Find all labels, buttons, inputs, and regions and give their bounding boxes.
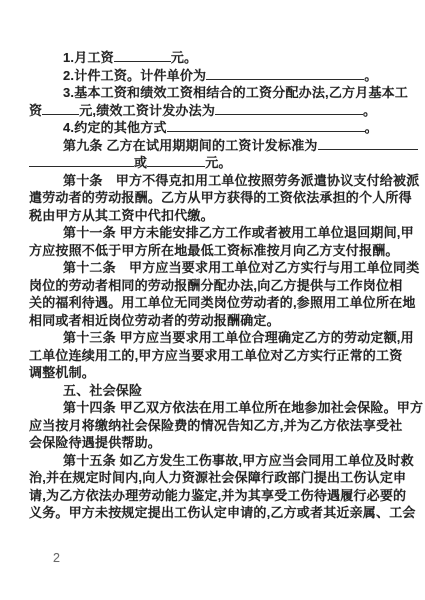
text-run: 方应按照不低于甲方所在地最低工资标准按月向乙方支付报酬。 [29,243,399,258]
text-run: 应当按月将缴纳社会保险费的情况告知乙方,并为乙方依法享受社 [29,418,402,433]
document-line: 2.计件工资。计件单价为。 [29,67,408,85]
document-line: 第十条 甲方不得克扣用工单位按照劳务派遣协议支付给被派 [29,172,408,190]
document-line: 义务。甲方未按规定提出工伤认定申请的,乙方或者其近亲属、工会 [29,504,408,522]
document-line: 工单位连续用工的,甲方应当要求用工单位对乙方实行正常的工资 [29,347,408,365]
document-line: 第十四条 甲乙双方依法在用工单位所在地参加社会保险。甲方 [29,399,408,417]
document-line: 治,并在规定时间内,向人力资源社会保障行政部门提出工伤认定申 [29,469,408,487]
fill-in-blank-underline [147,154,205,167]
document-line: 请,为乙方依法办理劳动能力鉴定,并为其享受工伤待遇履行必要的 [29,487,408,505]
document-line: 或元。 [29,154,408,172]
text-run: 五、社会保险 [63,383,142,398]
text-run: 。 [363,103,376,118]
fill-in-blank-underline [167,119,365,132]
document-line: 第九条 乙方在试用期期间的工资计发标准为 [29,137,408,155]
text-run: 元。 [171,50,197,65]
text-run: 工单位连续用工的,甲方应当要求用工单位对乙方实行正常的工资 [29,348,402,363]
document-line: 岗位的劳动者相同的劳动报酬分配办法,向乙方提供与工作岗位相 [29,277,408,295]
document-line: 应当按月将缴纳社会保险费的情况告知乙方,并为乙方依法享受社 [29,417,408,435]
document-line: 1.月工资元。 [29,49,408,67]
text-run: 义务。甲方未按规定提出工伤认定申请的,乙方或者其近亲属、工会 [29,505,416,520]
text-run: 会保险待遇提供帮助。 [29,435,161,450]
text-run: 2.计件工资。计件单价为 [63,68,206,83]
fill-in-blank-underline [42,102,79,115]
text-run: 治,并在规定时间内,向人力资源社会保障行政部门提出工伤认定申 [29,470,406,485]
text-run: 1.月工资 [63,50,114,65]
document-body: 1.月工资元。2.计件工资。计件单价为。3.基本工资和绩效工资相结合的工资分配办… [0,0,425,522]
text-run: 第十五条 如乙方发生工伤事故,甲方应当会同用工单位及时救 [63,453,414,468]
document-line: 方应按照不低于甲方所在地最低工资标准按月向乙方支付报酬。 [29,242,408,260]
text-run: 请,为乙方依法办理劳动能力鉴定,并为其享受工伤待遇履行必要的 [29,488,406,503]
document-line: 第十三条 甲方应当要求用工单位合理确定乙方的劳动定额,用 [29,329,408,347]
text-run: 第十一条 甲方未能安排乙方工作或者被用工单位退回期间,甲 [63,225,414,240]
text-run: 4.约定的其他方式 [63,120,167,135]
text-run: 遣劳动者的劳动报酬。乙方从甲方获得的工资依法承担的个人所得 [29,190,412,205]
document-line: 相同或者相近岗位劳动者的劳动报酬确定。 [29,312,408,330]
document-line: 第十一条 甲方未能安排乙方工作或者被用工单位退回期间,甲 [29,224,408,242]
page-number: 2 [53,551,60,565]
text-run: 第十四条 甲乙双方依法在用工单位所在地参加社会保险。甲方 [63,400,423,415]
text-run: 税由甲方从其工资中代扣代缴。 [29,208,214,223]
text-run: 相同或者相近岗位劳动者的劳动报酬确定。 [29,313,280,328]
document-line: 4.约定的其他方式。 [29,119,408,137]
document-line: 第十五条 如乙方发生工伤事故,甲方应当会同用工单位及时救 [29,452,408,470]
text-run: 或 [134,155,147,170]
text-run: 3.基本工资和绩效工资相结合的工资分配办法,乙方月基本工 [63,85,408,100]
fill-in-blank-underline [114,49,171,62]
text-run: 第十条 甲方不得克扣用工单位按照劳务派遣协议支付给被派 [63,173,419,188]
document-page: 1.月工资元。2.计件工资。计件单价为。3.基本工资和绩效工资相结合的工资分配办… [0,0,425,600]
text-run: 调整机制。 [29,365,95,380]
fill-in-blank-underline [29,154,134,167]
text-run: 。 [365,120,378,135]
document-line: 遣劳动者的劳动报酬。乙方从甲方获得的工资依法承担的个人所得 [29,189,408,207]
text-run: 。 [364,68,377,83]
fill-in-blank-underline [318,137,418,150]
text-run: 第九条 乙方在试用期期间的工资计发标准为 [63,138,318,153]
document-line: 会保险待遇提供帮助。 [29,434,408,452]
text-run: 资 [29,103,42,118]
document-line: 第十二条 甲方应当要求用工单位对乙方实行与用工单位同类 [29,259,408,277]
fill-in-blank-underline [215,102,363,115]
document-line: 调整机制。 [29,364,408,382]
text-run: 第十二条 甲方应当要求用工单位对乙方实行与用工单位同类 [63,260,419,275]
document-line: 五、社会保险 [29,382,408,400]
text-run: 关的福利待遇。用工单位无同类岗位劳动者的,参照用工单位所在地 [29,295,416,310]
document-line: 税由甲方从其工资中代扣代缴。 [29,207,408,225]
text-run: 元,绩效工资计发办法为 [79,103,215,118]
text-run: 岗位的劳动者相同的劳动报酬分配办法,向乙方提供与工作岗位相 [29,278,402,293]
document-line: 资元,绩效工资计发办法为。 [29,102,408,120]
document-line: 关的福利待遇。用工单位无同类岗位劳动者的,参照用工单位所在地 [29,294,408,312]
text-run: 元。 [205,155,231,170]
fill-in-blank-underline [206,67,364,80]
text-run: 第十三条 甲方应当要求用工单位合理确定乙方的劳动定额,用 [63,330,414,345]
document-line: 3.基本工资和绩效工资相结合的工资分配办法,乙方月基本工 [29,84,408,102]
